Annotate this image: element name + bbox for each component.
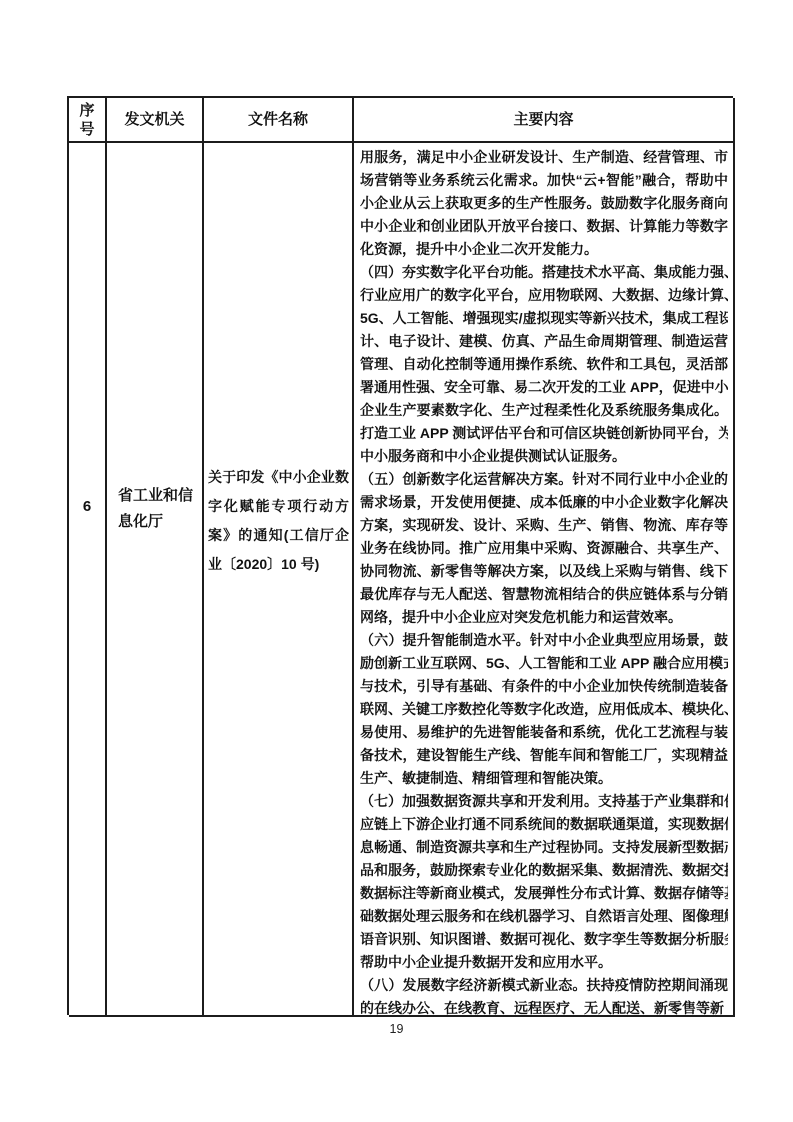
content-line: （七）加强数据资源共享和开发利用。支持基于产业集群和供 bbox=[360, 790, 728, 813]
content-line: 业务在线协同。推广应用集中采购、资源融合、共享生产、 bbox=[360, 537, 728, 560]
content-line: 协同物流、新零售等解决方案，以及线上采购与销售、线下 bbox=[360, 560, 728, 583]
content-line: 署通用性强、安全可靠、易二次开发的工业 APP，促进中小 bbox=[360, 376, 728, 399]
content-line: （四）夯实数字化平台功能。搭建技术水平高、集成能力强、 bbox=[360, 261, 728, 284]
header-agency-label: 发文机关 bbox=[124, 110, 184, 129]
content-line: 品和服务，鼓励探索专业化的数据采集、数据清洗、数据交换、 bbox=[360, 859, 728, 882]
content-line: 的在线办公、在线教育、远程医疗、无人配送、新零售等新 bbox=[360, 997, 728, 1017]
content-line: 联网、关键工序数控化等数字化改造，应用低成本、模块化、 bbox=[360, 698, 728, 721]
content-line: 数据标注等新商业模式，发展弹性分布式计算、数据存储等基 bbox=[360, 882, 728, 905]
content-line: 易使用、易维护的先进智能装备和系统，优化工艺流程与装 bbox=[360, 721, 728, 744]
content-line: （五）创新数字化运营解决方案。针对不同行业中小企业的 bbox=[360, 468, 728, 491]
content-line: 应链上下游企业打通不同系统间的数据联通渠道，实现数据信 bbox=[360, 813, 728, 836]
content-line: 企业生产要素数字化、生产过程柔性化及系统服务集成化。 bbox=[360, 399, 728, 422]
header-cell-doc-name: 文件名称 bbox=[204, 98, 354, 143]
content-line: 用服务，满足中小企业研发设计、生产制造、经营管理、市 bbox=[360, 146, 728, 169]
row-doc-name-cell: 关于印发《中小企业数字化赋能专项行动方案》的通知(工信厅企业〔2020〕10 号… bbox=[204, 143, 354, 1017]
doc-table: 序号 发文机关 文件名称 主要内容 6 省工业和信息化厅 关于印发《中小企业数字… bbox=[67, 96, 733, 1015]
row-agency-cell: 省工业和信息化厅 bbox=[107, 143, 204, 1017]
document-page: 序号 发文机关 文件名称 主要内容 6 省工业和信息化厅 关于印发《中小企业数字… bbox=[0, 0, 793, 1122]
content-line: 化资源，提升中小企业二次开发能力。 bbox=[360, 238, 728, 261]
header-cell-agency: 发文机关 bbox=[107, 98, 204, 143]
content-line: 与技术，引导有基础、有条件的中小企业加快传统制造装备 bbox=[360, 675, 728, 698]
content-line: 语音识别、知识图谱、数据可视化、数字孪生等数据分析服务， bbox=[360, 928, 728, 951]
content-line: 帮助中小企业提升数据开发和应用水平。 bbox=[360, 951, 728, 974]
page-number: 19 bbox=[0, 1022, 793, 1036]
content-line: 小企业从云上获取更多的生产性服务。鼓励数字化服务商向 bbox=[360, 192, 728, 215]
content-line: 场营销等业务系统云化需求。加快“云+智能”融合，帮助中 bbox=[360, 169, 728, 192]
content-line: 中小服务商和中小企业提供测试认证服务。 bbox=[360, 445, 728, 468]
row-serial-cell: 6 bbox=[69, 143, 107, 1017]
row-agency-value: 省工业和信息化厅 bbox=[118, 483, 194, 535]
row-doc-name-value: 关于印发《中小企业数字化赋能专项行动方案》的通知(工信厅企业〔2020〕10 号… bbox=[208, 469, 349, 572]
content-line: 方案，实现研发、设计、采购、生产、销售、物流、库存等 bbox=[360, 514, 728, 537]
content-line: 计、电子设计、建模、仿真、产品生命周期管理、制造运营 bbox=[360, 330, 728, 353]
row-serial-value: 6 bbox=[83, 498, 91, 515]
content-line: 打造工业 APP 测试评估平台和可信区块链创新协同平台，为 bbox=[360, 422, 728, 445]
content-line: 最优库存与无人配送、智慧物流相结合的供应链体系与分销 bbox=[360, 583, 728, 606]
content-line: 网络，提升中小企业应对突发危机能力和运营效率。 bbox=[360, 606, 728, 629]
content-line: 行业应用广的数字化平台，应用物联网、大数据、边缘计算、 bbox=[360, 284, 728, 307]
content-line: 备技术，建设智能生产线、智能车间和智能工厂，实现精益 bbox=[360, 744, 728, 767]
content-line: 中小企业和创业团队开放平台接口、数据、计算能力等数字 bbox=[360, 215, 728, 238]
main-content-cell: 用服务，满足中小企业研发设计、生产制造、经营管理、市场营销等业务系统云化需求。加… bbox=[354, 143, 735, 1017]
content-line: 管理、自动化控制等通用操作系统、软件和工具包，灵活部 bbox=[360, 353, 728, 376]
header-content-label: 主要内容 bbox=[513, 110, 573, 129]
content-line: 息畅通、制造资源共享和生产过程协同。支持发展新型数据产 bbox=[360, 836, 728, 859]
content-line: 5G、人工智能、增强现实/虚拟现实等新兴技术，集成工程设 bbox=[360, 307, 728, 330]
header-cell-serial: 序号 bbox=[69, 98, 107, 143]
content-line: 生产、敏捷制造、精细管理和智能决策。 bbox=[360, 767, 728, 790]
header-cell-content: 主要内容 bbox=[354, 98, 735, 143]
content-line: （六）提升智能制造水平。针对中小企业典型应用场景，鼓 bbox=[360, 629, 728, 652]
content-line: 励创新工业互联网、5G、人工智能和工业 APP 融合应用模式 bbox=[360, 652, 728, 675]
header-serial-label: 序号 bbox=[79, 101, 96, 139]
content-line: 础数据处理云服务和在线机器学习、自然语言处理、图像理解、 bbox=[360, 905, 728, 928]
header-doc-name-label: 文件名称 bbox=[248, 110, 308, 129]
content-line: 需求场景，开发使用便捷、成本低廉的中小企业数字化解决 bbox=[360, 491, 728, 514]
content-line: （八）发展数字经济新模式新业态。扶持疫情防控期间涌现 bbox=[360, 974, 728, 997]
